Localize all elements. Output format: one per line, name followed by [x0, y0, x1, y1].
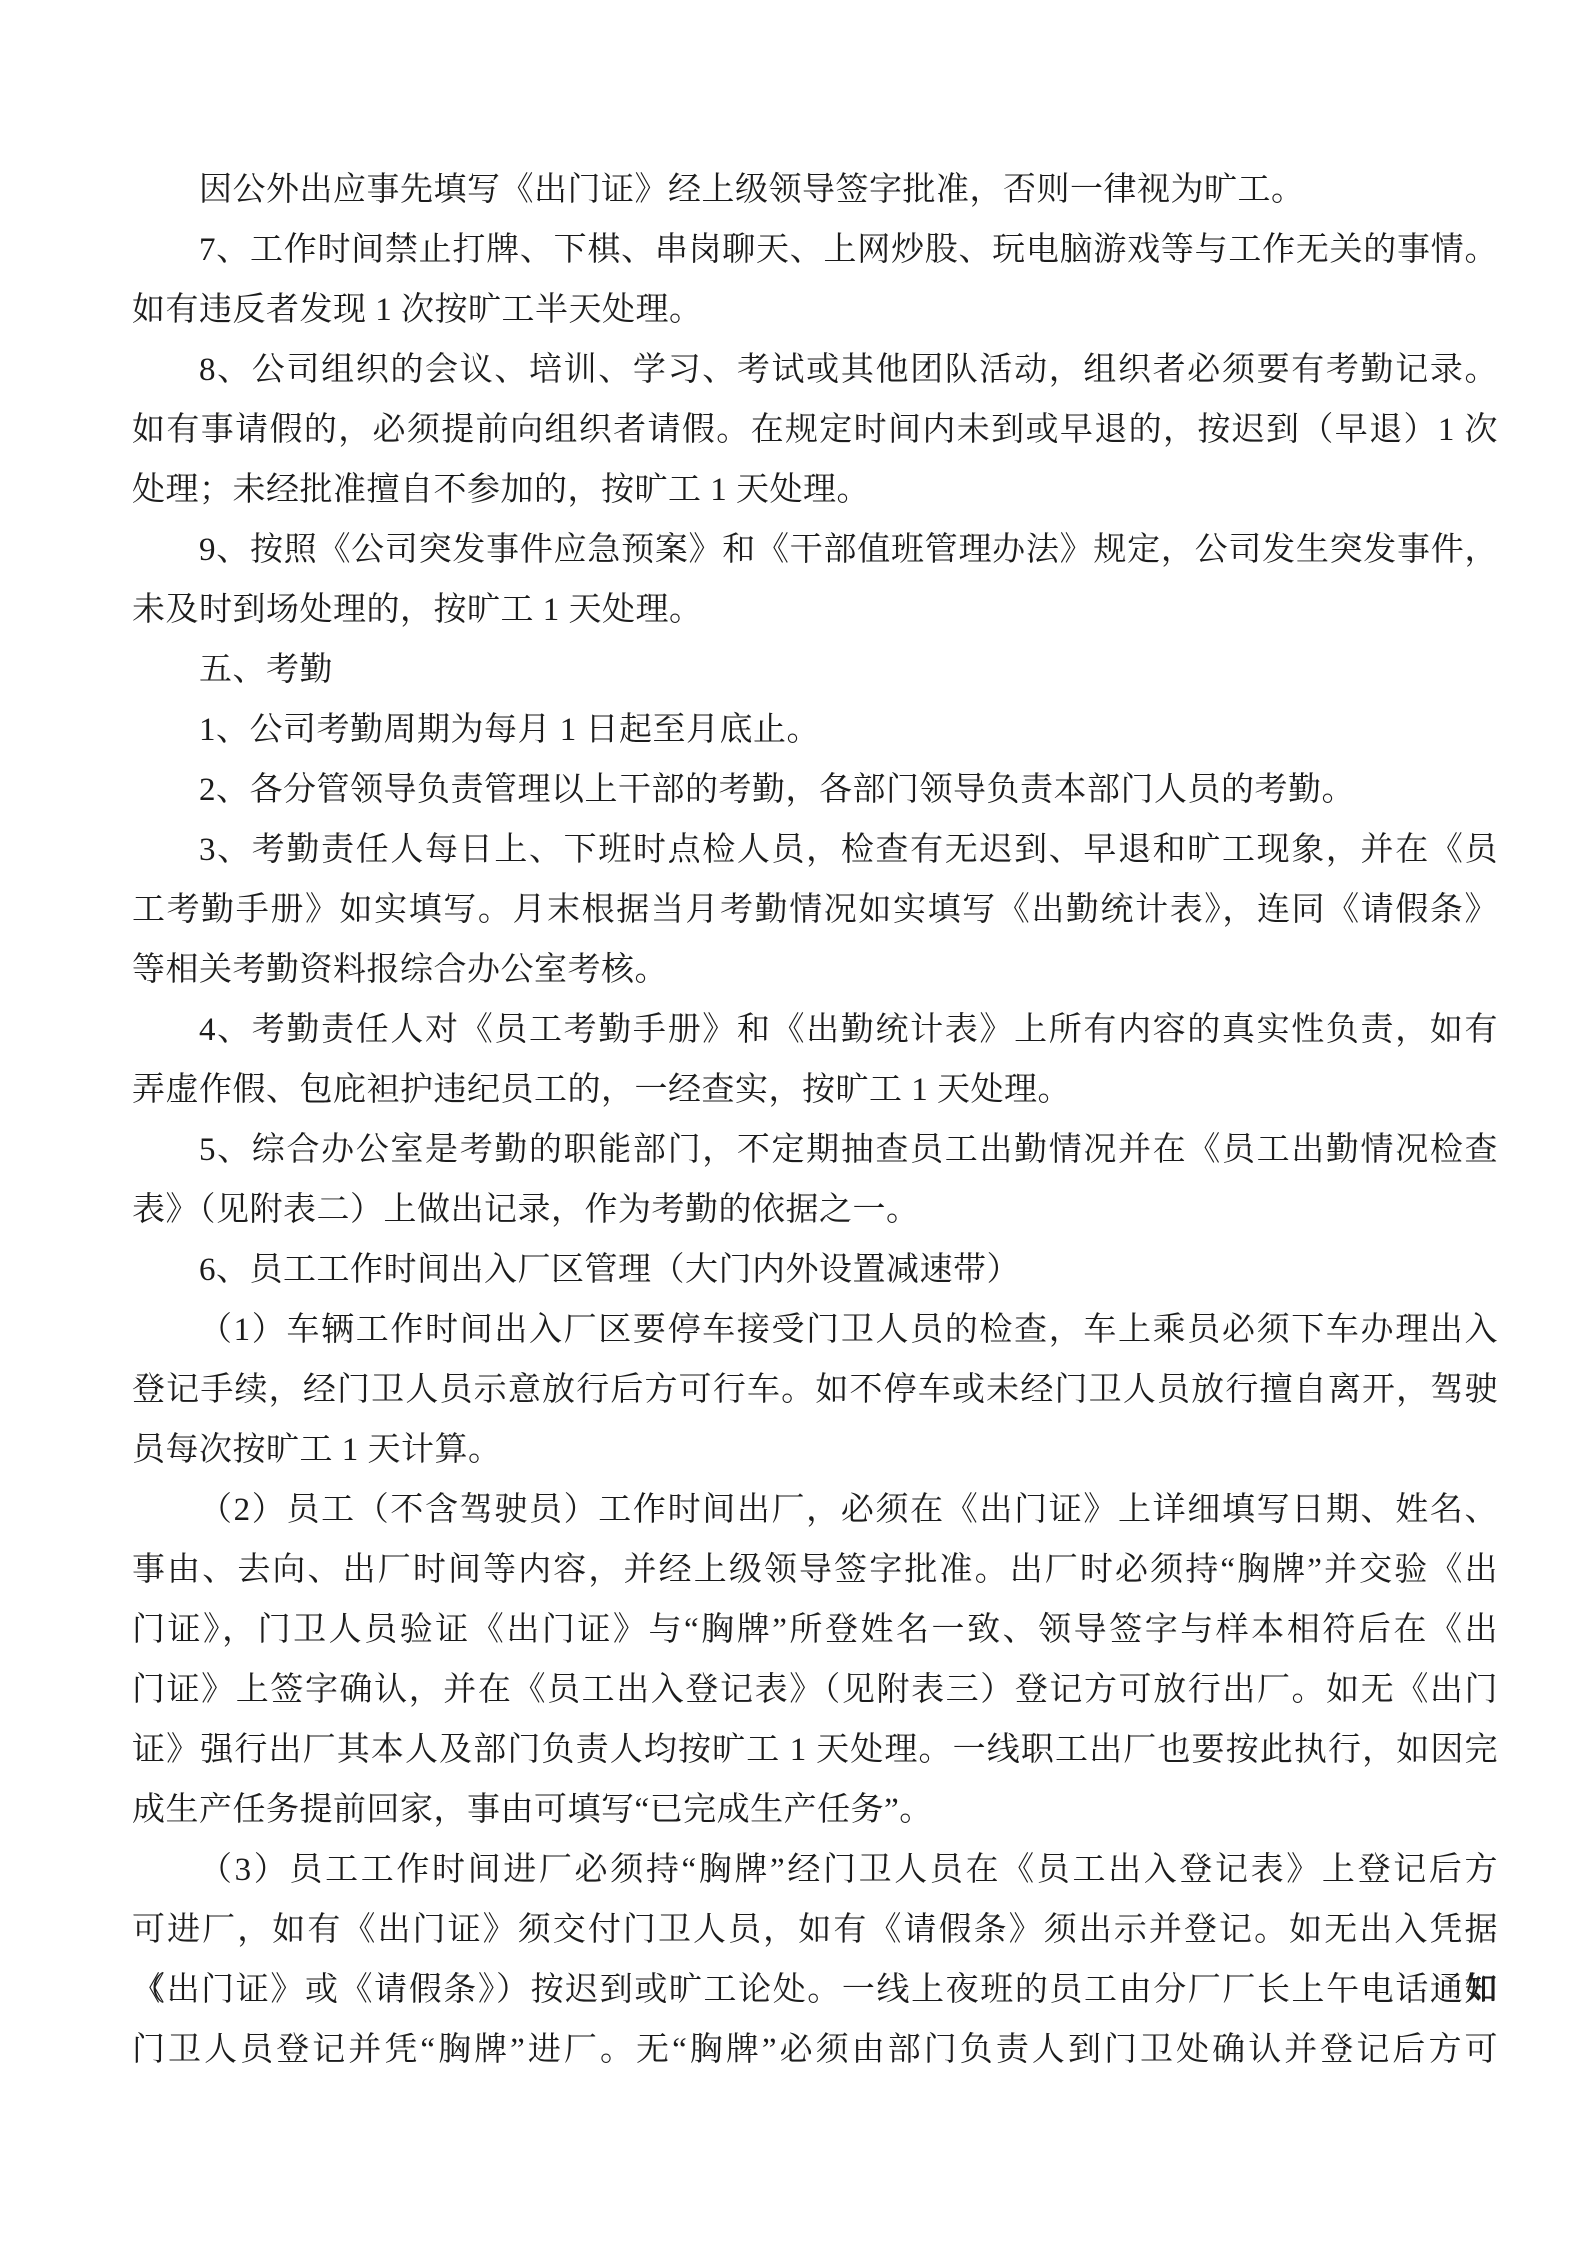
text-line: 5、综合办公室是考勤的职能部门，不定期抽查员工出勤情况并在《员工出勤情况检查 [132, 1120, 1498, 1180]
document-page: 因公外出应事先填写《出门证》经上级领导签字批准，否则一律视为旷工。 7、工作时间… [0, 0, 1587, 2245]
text-line: 3、考勤责任人每日上、下班时点检人员，检查有无迟到、早退和旷工现象，并在《员 [132, 820, 1498, 880]
text-line: 可进厂，如有《出门证》须交付门卫人员，如有《请假条》须出示并登记。如无出入凭据（… [132, 1900, 1498, 1960]
text-line: 弄虚作假、包庇袒护违纪员工的，一经查实，按旷工 1 天处理。 [132, 1060, 1498, 1120]
text-line: 未及时到场处理的，按旷工 1 天处理。 [132, 580, 1498, 640]
text-line: 4、考勤责任人对《员工考勤手册》和《出勤统计表》上所有内容的真实性负责，如有 [132, 1000, 1498, 1060]
text-line: 等相关考勤资料报综合办公室考核。 [132, 940, 1498, 1000]
text-line: （2）员工（不含驾驶员）工作时间出厂，必须在《出门证》上详细填写日期、姓名、 [132, 1480, 1498, 1540]
text-line: 员每次按旷工 1 天计算。 [132, 1420, 1498, 1480]
text-line: 7、工作时间禁止打牌、下棋、串岗聊天、上网炒股、玩电脑游戏等与工作无关的事情。 [132, 220, 1498, 280]
text-line: 1、公司考勤周期为每月 1 日起至月底止。 [132, 700, 1498, 760]
text-line: 如有违反者发现 1 次按旷工半天处理。 [132, 280, 1498, 340]
text-line: 因公外出应事先填写《出门证》经上级领导签字批准，否则一律视为旷工。 [132, 160, 1498, 220]
text-line: （1）车辆工作时间出入厂区要停车接受门卫人员的检查，车上乘员必须下车办理出入 [132, 1300, 1498, 1360]
text-line: 2、各分管领导负责管理以上干部的考勤，各部门领导负责本部门人员的考勤。 [132, 760, 1498, 820]
text-line: 《出门证》或《请假条》）按迟到或旷工论处。一线上夜班的员工由分厂厂长上午电话通知 [132, 1960, 1498, 2020]
text-line: 工考勤手册》如实填写。月末根据当月考勤情况如实填写《出勤统计表》，连同《请假条》 [132, 880, 1498, 940]
text-line: （3）员工工作时间进厂必须持“胸牌”经门卫人员在《员工出入登记表》上登记后方 [132, 1840, 1498, 1900]
text-line: 6、员工工作时间出入厂区管理（大门内外设置减速带） [132, 1240, 1498, 1300]
text-line: 表》（见附表二）上做出记录，作为考勤的依据之一。 [132, 1180, 1498, 1240]
text-line: 如有事请假的，必须提前向组织者请假。在规定时间内未到或早退的，按迟到（早退）1 … [132, 400, 1498, 460]
text-line: 处理；未经批准擅自不参加的，按旷工 1 天处理。 [132, 460, 1498, 520]
text-line: 门证》，门卫人员验证《出门证》与“胸牌”所登姓名一致、领导签字与样本相符后在《出 [132, 1600, 1498, 1660]
text-line: 事由、去向、出厂时间等内容，并经上级领导签字批准。出厂时必须持“胸牌”并交验《出 [132, 1540, 1498, 1600]
section-heading-line: 五、考勤 [132, 640, 1498, 700]
text-line: 成生产任务提前回家，事由可填写“已完成生产任务”。 [132, 1780, 1498, 1840]
text-line: 登记手续，经门卫人员示意放行后方可行车。如不停车或未经门卫人员放行擅自离开，驾驶 [132, 1360, 1498, 1420]
text-line: 门证》上签字确认，并在《员工出入登记表》（见附表三）登记方可放行出厂。如无《出门 [132, 1660, 1498, 1720]
text-line: 9、按照《公司突发事件应急预案》和《干部值班管理办法》规定，公司发生突发事件， [132, 520, 1498, 580]
text-line: 门卫人员登记并凭“胸牌”进厂。无“胸牌”必须由部门负责人到门卫处确认并登记后方可 [132, 2020, 1498, 2080]
text-line: 证》强行出厂其本人及部门负责人均按旷工 1 天处理。一线职工出厂也要按此执行，如… [132, 1720, 1498, 1780]
text-line: 8、公司组织的会议、培训、学习、考试或其他团队活动，组织者必须要有考勤记录。 [132, 340, 1498, 400]
document-text-block: 因公外出应事先填写《出门证》经上级领导签字批准，否则一律视为旷工。 7、工作时间… [132, 160, 1498, 2080]
